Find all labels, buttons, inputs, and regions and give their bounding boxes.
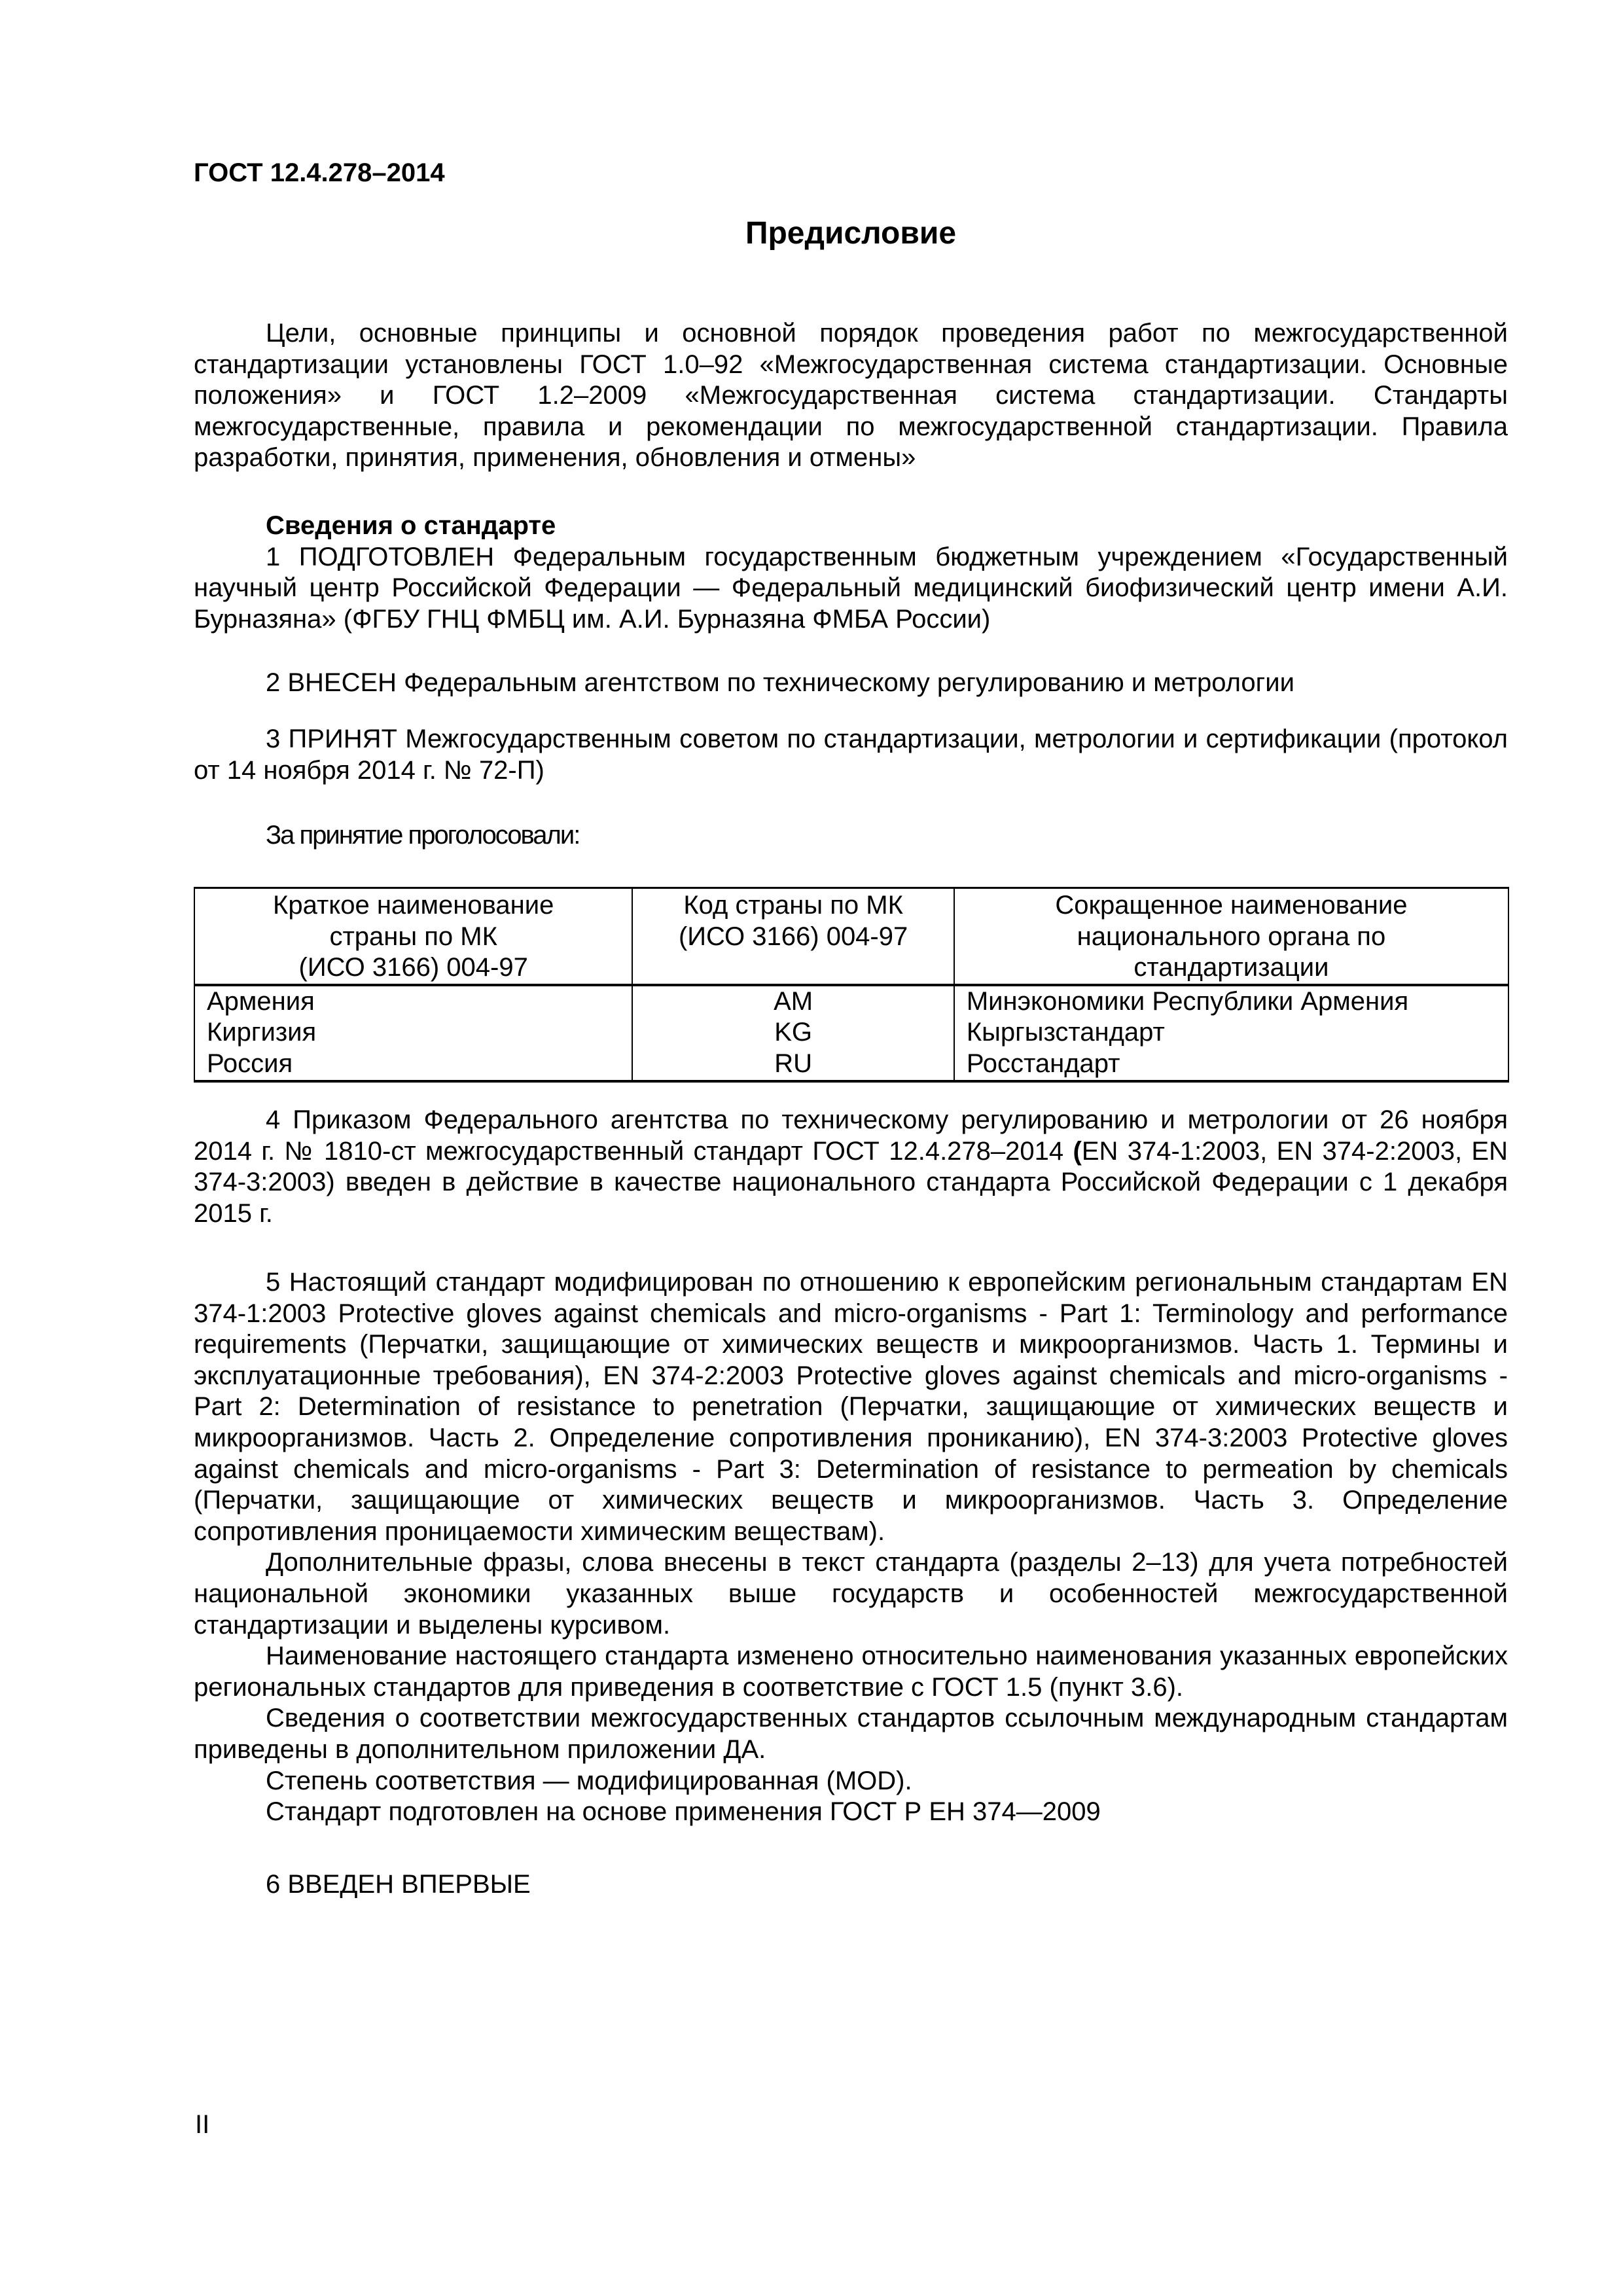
header-line: (ИСО 3166) 004-97 <box>645 922 941 953</box>
cell-national-body: Росстандарт <box>954 1049 1508 1081</box>
header-line: Краткое наименование <box>207 890 620 922</box>
info-item-5-additional: Дополнительные фразы, слова внесены в те… <box>194 1547 1508 1641</box>
cell-national-body: Минэкономики Республики Армения <box>954 985 1508 1018</box>
page-title: Предисловие <box>0 213 1623 254</box>
header-country-code: Код страны по МК (ИСО 3166) 004-97 <box>632 888 954 985</box>
info-item-3: 3 ПРИНЯТ Межгосударственным советом по с… <box>194 724 1508 786</box>
info-item-6: 6 ВВЕДЕН ВПЕРВЫЕ <box>194 1869 1508 1901</box>
info-item-5-degree: Степень соответствия — модифицированная … <box>194 1766 1508 1797</box>
cell-national-body: Кыргызстандарт <box>954 1017 1508 1049</box>
voted-label-block: За принятие проголосовали: <box>194 820 1508 852</box>
info-item-3-block: 3 ПРИНЯТ Межгосударственным советом по с… <box>194 724 1508 786</box>
info-item-4: 4 Приказом Федерального агентства по тех… <box>194 1105 1508 1229</box>
intro-paragraph: Цели, основные принципы и основной поряд… <box>194 318 1508 474</box>
header-line: Код страны по МК <box>645 890 941 922</box>
info-item-5: 5 Настоящий стандарт модифицирован по от… <box>194 1267 1508 1547</box>
voting-countries-table: Краткое наименование страны по МК (ИСО 3… <box>194 887 1509 1083</box>
header-line: страны по МК <box>207 922 620 953</box>
cell-code: RU <box>632 1049 954 1081</box>
header-line: национального органа по <box>967 922 1496 953</box>
header-line: Сокращенное наименование <box>967 890 1496 922</box>
info-item-5-block: 5 Настоящий стандарт модифицирован по от… <box>194 1267 1508 1828</box>
info-item-6-block: 6 ВВЕДЕН ВПЕРВЫЕ <box>194 1869 1508 1901</box>
item4-bold-paren: ( <box>1073 1137 1082 1166</box>
standard-info-heading: Сведения о стандарте <box>194 511 1508 542</box>
cell-country: Киргизия <box>194 1017 632 1049</box>
cell-country: Армения <box>194 985 632 1018</box>
info-item-2-block: 2 ВНЕСЕН Федеральным агентством по техни… <box>194 668 1508 699</box>
header-national-body: Сокращенное наименование национального о… <box>954 888 1508 985</box>
standard-info-block: Сведения о стандарте 1 ПОДГОТОВЛЕН Федер… <box>194 511 1508 635</box>
header-line: (ИСО 3166) 004-97 <box>207 952 620 984</box>
table-row: Армения AM Минэкономики Республики Армен… <box>194 985 1508 1018</box>
cell-country: Россия <box>194 1049 632 1081</box>
table-header-row: Краткое наименование страны по МК (ИСО 3… <box>194 888 1508 985</box>
header-line: стандартизации <box>967 952 1496 984</box>
voted-label: За принятие проголосовали: <box>194 820 1508 852</box>
table-row: Киргизия KG Кыргызстандарт <box>194 1017 1508 1049</box>
info-item-1: 1 ПОДГОТОВЛЕН Федеральным государственны… <box>194 542 1508 636</box>
cell-code: AM <box>632 985 954 1018</box>
info-item-5-references: Сведения о соответствии межгосударственн… <box>194 1703 1508 1765</box>
intro-paragraph-block: Цели, основные принципы и основной поряд… <box>194 318 1508 474</box>
document-code-header: ГОСТ 12.4.278–2014 <box>194 154 445 191</box>
info-item-4-block: 4 Приказом Федерального агентства по тех… <box>194 1105 1508 1229</box>
info-item-2: 2 ВНЕСЕН Федеральным агентством по техни… <box>194 668 1508 699</box>
header-country-name: Краткое наименование страны по МК (ИСО 3… <box>194 888 632 985</box>
table-row: Россия RU Росстандарт <box>194 1049 1508 1081</box>
info-item-5-name-change: Наименование настоящего стандарта измене… <box>194 1641 1508 1703</box>
page-number: II <box>195 2109 209 2140</box>
cell-code: KG <box>632 1017 954 1049</box>
info-item-5-basis: Стандарт подготовлен на основе применени… <box>194 1797 1508 1828</box>
